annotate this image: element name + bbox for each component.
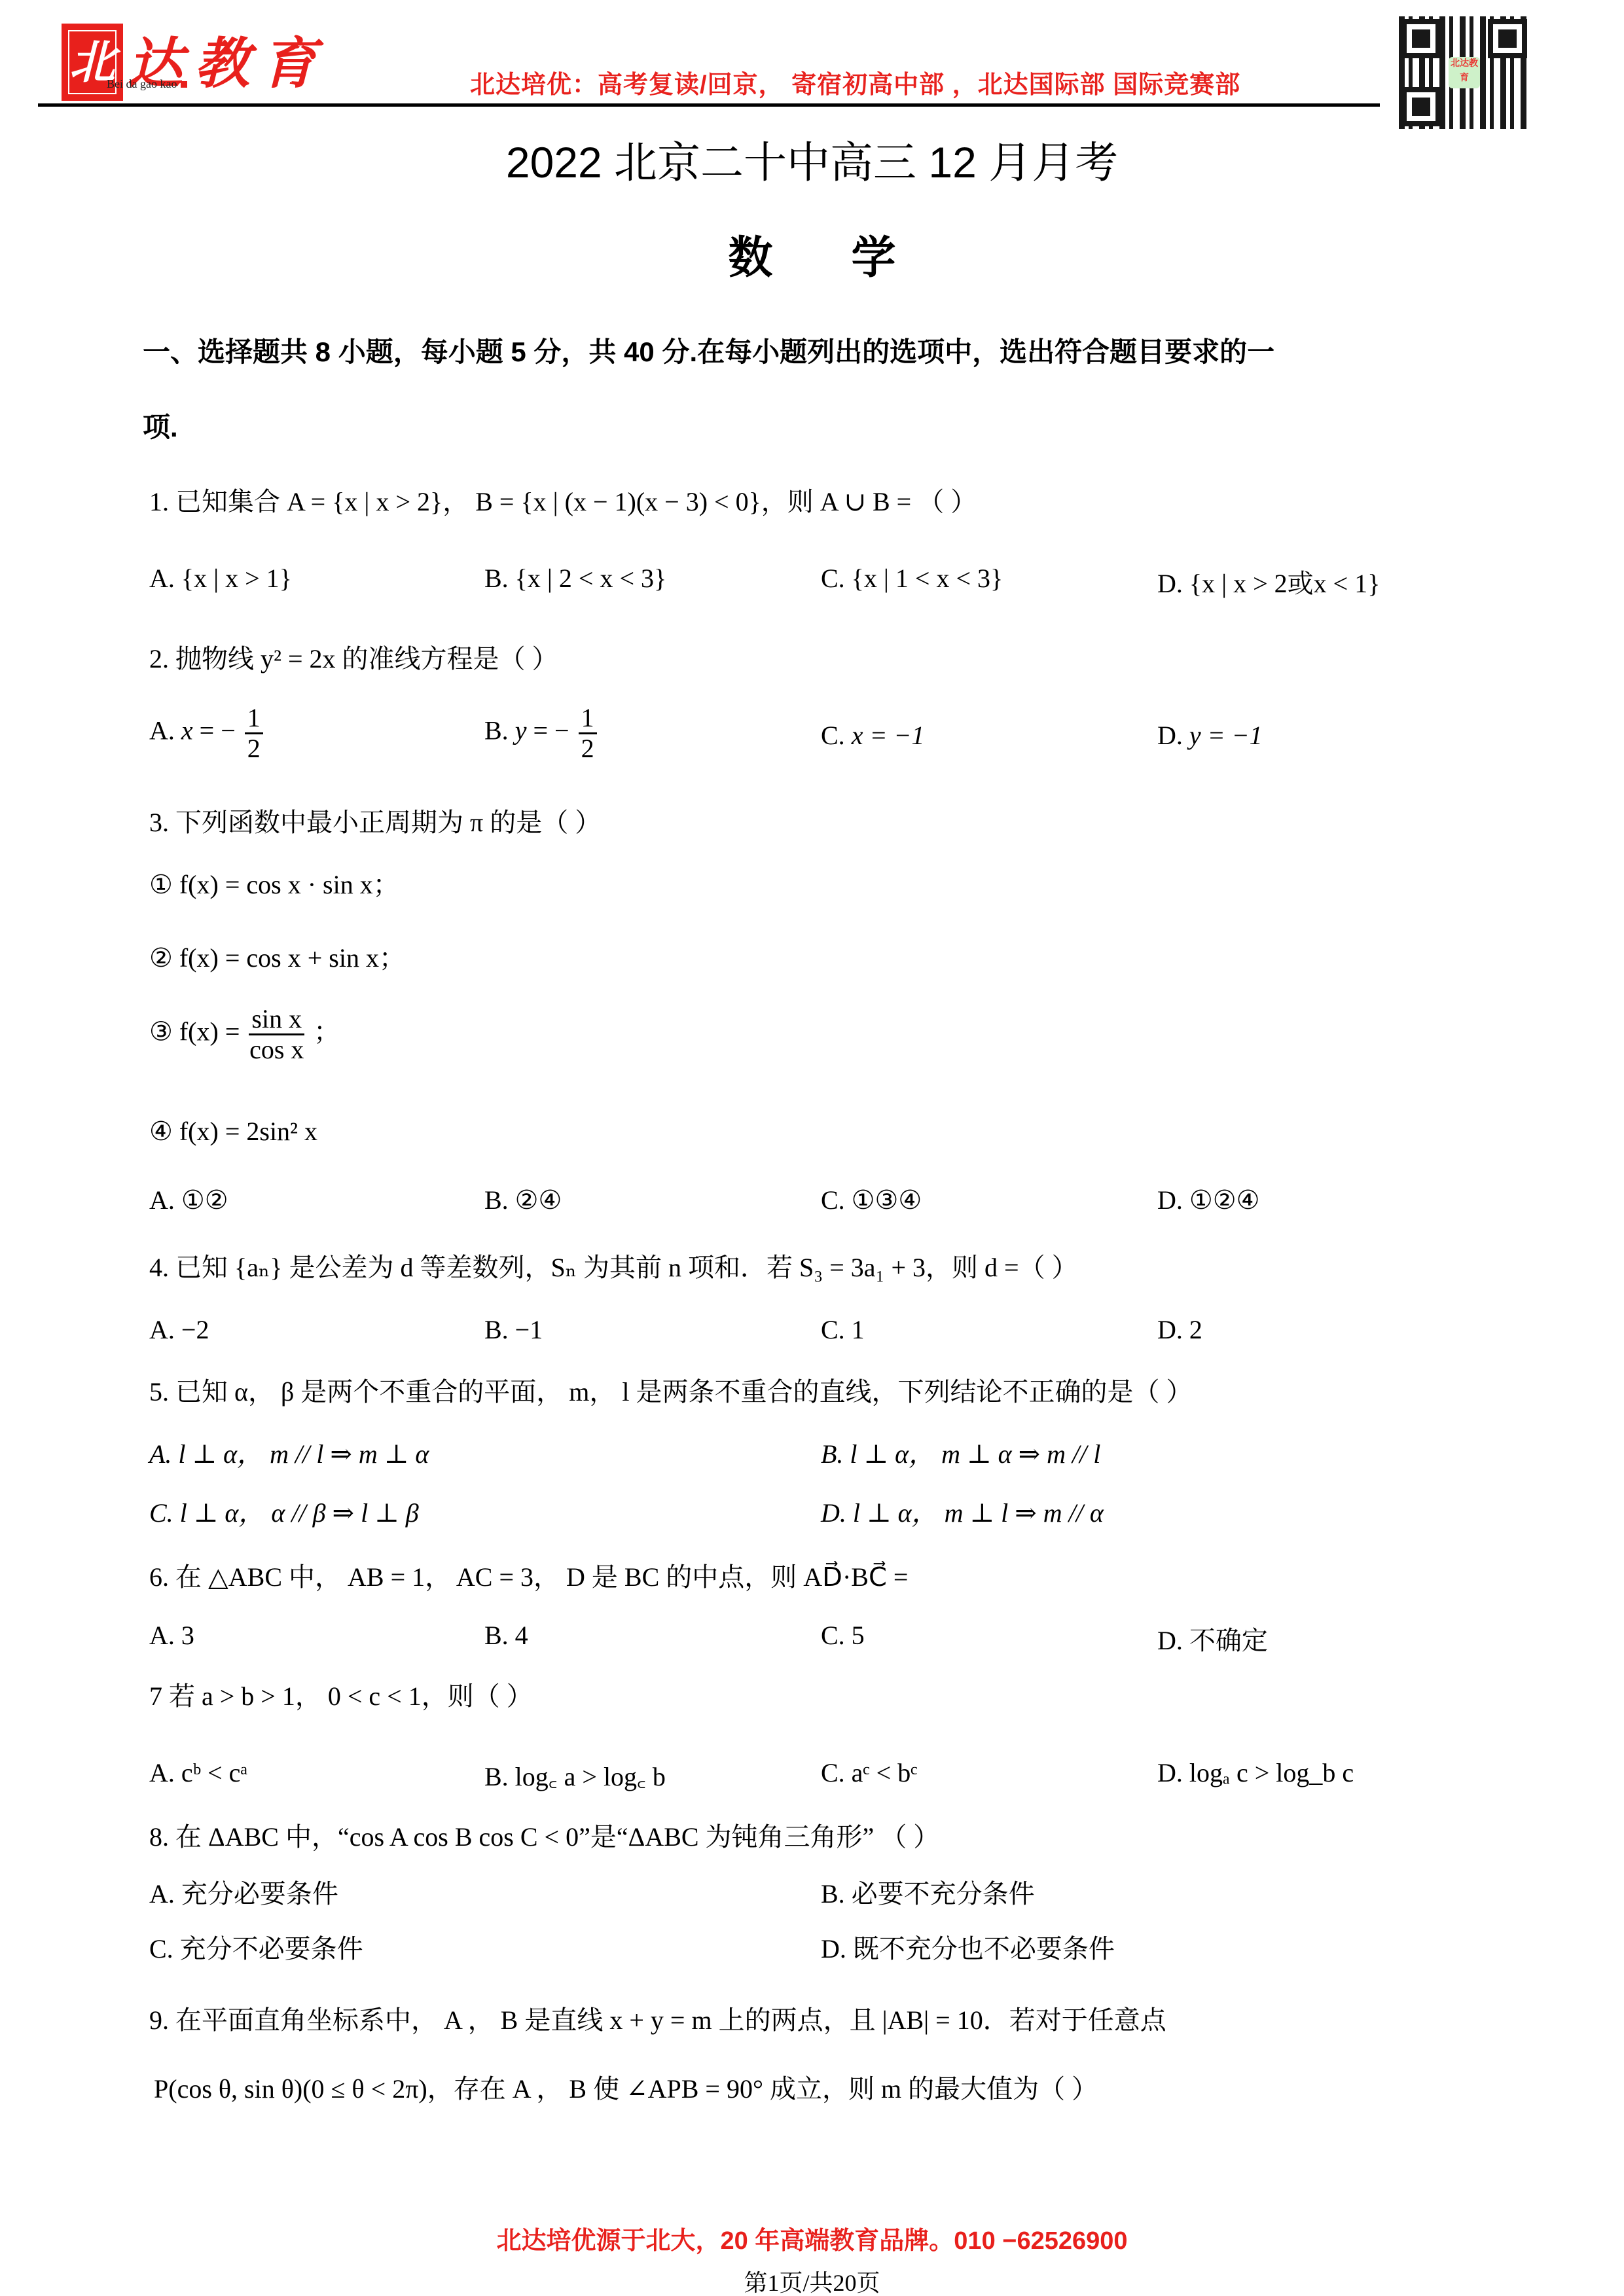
question-7: 7 若 a > b > 1， 0 < c < 1，则（ ）	[149, 1676, 533, 1713]
option-label: C.	[821, 721, 845, 750]
q5-option-b[interactable]: B. l ⊥ α， m ⊥ α ⇒ m // l	[821, 1433, 1100, 1471]
fraction-numerator: sin x	[249, 1005, 304, 1035]
q4-option-d[interactable]: D. 2	[1157, 1314, 1202, 1345]
option-label: B.	[484, 716, 509, 745]
logo-subtitle-text: Bei da gao kao	[107, 77, 177, 90]
question-8: 8. 在 ΔABC 中，“cos A cos B cos C < 0”是“ΔAB…	[149, 1816, 939, 1854]
option-text: y = −1	[1189, 721, 1263, 750]
fraction: 12	[579, 704, 597, 763]
qr-finder-icon	[1401, 19, 1441, 58]
logo-square-icon	[181, 81, 187, 88]
q6-option-a[interactable]: A. 3	[149, 1620, 194, 1651]
fraction-denominator: 2	[581, 734, 594, 763]
section-heading-cont: 项.	[143, 406, 178, 445]
q4-option-a[interactable]: A. −2	[149, 1314, 209, 1345]
exam-title: 2022 北京二十中高三 12 月月考	[0, 128, 1624, 190]
fraction: sin xcos x	[249, 1005, 304, 1064]
q4-option-c[interactable]: C. 1	[821, 1314, 865, 1345]
question-4: 4. 已知 {aₙ} 是公差为 d 等差数列，Sₙ 为其前 n 项和．若 S₃ …	[149, 1247, 1078, 1284]
q8-option-a[interactable]: A. 充分必要条件	[149, 1873, 338, 1910]
q2-option-b[interactable]: B. y = − 12	[484, 704, 600, 763]
header-divider	[38, 103, 1380, 107]
question-1: 1. 已知集合 A = {x | x > 2}， B = {x | (x − 1…	[149, 481, 977, 518]
subject-title: 数学	[0, 223, 1624, 286]
q5-option-a[interactable]: A. l ⊥ α， m // l ⇒ m ⊥ α	[149, 1433, 429, 1471]
question-9: 9. 在平面直角坐标系中， A ， B 是直线 x + y = m 上的两点，且…	[149, 2000, 1166, 2037]
q2-option-c[interactable]: C. x = −1	[821, 720, 924, 751]
q6-option-c[interactable]: C. 5	[821, 1620, 865, 1651]
q3-item-3: ③ f(x) = sin xcos x ；	[149, 1005, 340, 1064]
question-3: 3. 下列函数中最小正周期为 π 的是（ ）	[149, 802, 601, 839]
fraction-denominator: 2	[247, 734, 261, 763]
item-suffix: ；	[314, 1017, 340, 1047]
q8-option-b[interactable]: B. 必要不充分条件	[821, 1873, 1035, 1910]
q2-option-a[interactable]: A. x = − 12	[149, 704, 266, 763]
q1-option-a[interactable]: A. {x | x > 1}	[149, 563, 292, 594]
question-5: 5. 已知 α， β 是两个不重合的平面， m， l 是两条不重合的直线，下列结…	[149, 1371, 1193, 1408]
q7-option-b[interactable]: B. log꜀ a > log꜀ b	[484, 1757, 666, 1793]
fraction: 12	[245, 704, 263, 763]
option-sign: = −	[533, 716, 569, 745]
option-var: x	[181, 716, 193, 745]
q5-option-d[interactable]: D. l ⊥ α， m ⊥ l ⇒ m // α	[821, 1492, 1104, 1530]
q2-option-d[interactable]: D. y = −1	[1157, 720, 1263, 751]
q3-option-d[interactable]: D. ①②④	[1157, 1185, 1259, 1215]
header-slogan: 北达培优：高考复读/回京， 寄宿初高中部 ，北达国际部 国际竞赛部	[470, 64, 1240, 100]
q8-option-c[interactable]: C. 充分不必要条件	[149, 1928, 363, 1965]
q1-option-d[interactable]: D. {x | x > 2或x < 1}	[1157, 563, 1380, 600]
q8-option-d[interactable]: D. 既不充分也不必要条件	[821, 1928, 1115, 1965]
q3-item-2: ② f(x) = cos x + sin x；	[149, 937, 405, 975]
item-prefix: ③ f(x) =	[149, 1017, 240, 1047]
q1-option-b[interactable]: B. {x | 2 < x < 3}	[484, 563, 666, 594]
qr-finder-icon	[1401, 87, 1441, 126]
question-2: 2. 抛物线 y² = 2x 的准线方程是（ ）	[149, 638, 558, 675]
fraction-numerator: 1	[245, 704, 263, 734]
q6-option-b[interactable]: B. 4	[484, 1620, 528, 1651]
question-6: 6. 在 △ABC 中， AB = 1， AC = 3， D 是 BC 的中点，…	[149, 1556, 908, 1594]
q3-item-1: ① f(x) = cos x · sin x；	[149, 864, 399, 901]
q3-option-c[interactable]: C. ①③④	[821, 1185, 922, 1215]
q3-item-4: ④ f(x) = 2sin² x	[149, 1116, 317, 1147]
q3-option-a[interactable]: A. ①②	[149, 1185, 228, 1215]
footer-slogan: 北达培优源于北大，20 年高端教育品牌。010 −62526900	[0, 2220, 1624, 2256]
q7-option-c[interactable]: C. aᶜ < bᶜ	[821, 1757, 917, 1788]
qr-code-icon: 北达教育	[1399, 16, 1530, 129]
q3-option-b[interactable]: B. ②④	[484, 1185, 562, 1215]
option-label: A.	[149, 716, 175, 745]
q7-option-a[interactable]: A. cᵇ < cᵃ	[149, 1757, 247, 1788]
section-heading: 一、选择题共 8 小题，每小题 5 分，共 40 分.在每小题列出的选项中，选出…	[143, 331, 1274, 370]
option-text: x = −1	[852, 721, 925, 750]
page-number: 第1页/共20页	[0, 2265, 1624, 2296]
fraction-numerator: 1	[579, 704, 597, 734]
question-9-cont: P(cos θ, sin θ)(0 ≤ θ < 2π)，存在 A ， B 使 ∠…	[154, 2068, 1098, 2106]
q5-option-c[interactable]: C. l ⊥ α， α // β ⇒ l ⊥ β	[149, 1492, 419, 1530]
option-sign: = −	[200, 716, 236, 745]
q6-option-d[interactable]: D. 不确定	[1157, 1620, 1268, 1657]
q7-option-d[interactable]: D. logₐ c > log_b c	[1157, 1757, 1354, 1788]
q1-option-c[interactable]: C. {x | 1 < x < 3}	[821, 563, 1003, 594]
qr-center-badge: 北达教育	[1449, 57, 1480, 88]
option-var: y	[515, 716, 527, 745]
qr-finder-icon	[1488, 19, 1527, 58]
fraction-denominator: cos x	[249, 1035, 304, 1064]
q4-option-b[interactable]: B. −1	[484, 1314, 543, 1345]
logo-subtitle: Bei da gao kao	[107, 77, 187, 91]
option-label: D.	[1157, 721, 1183, 750]
